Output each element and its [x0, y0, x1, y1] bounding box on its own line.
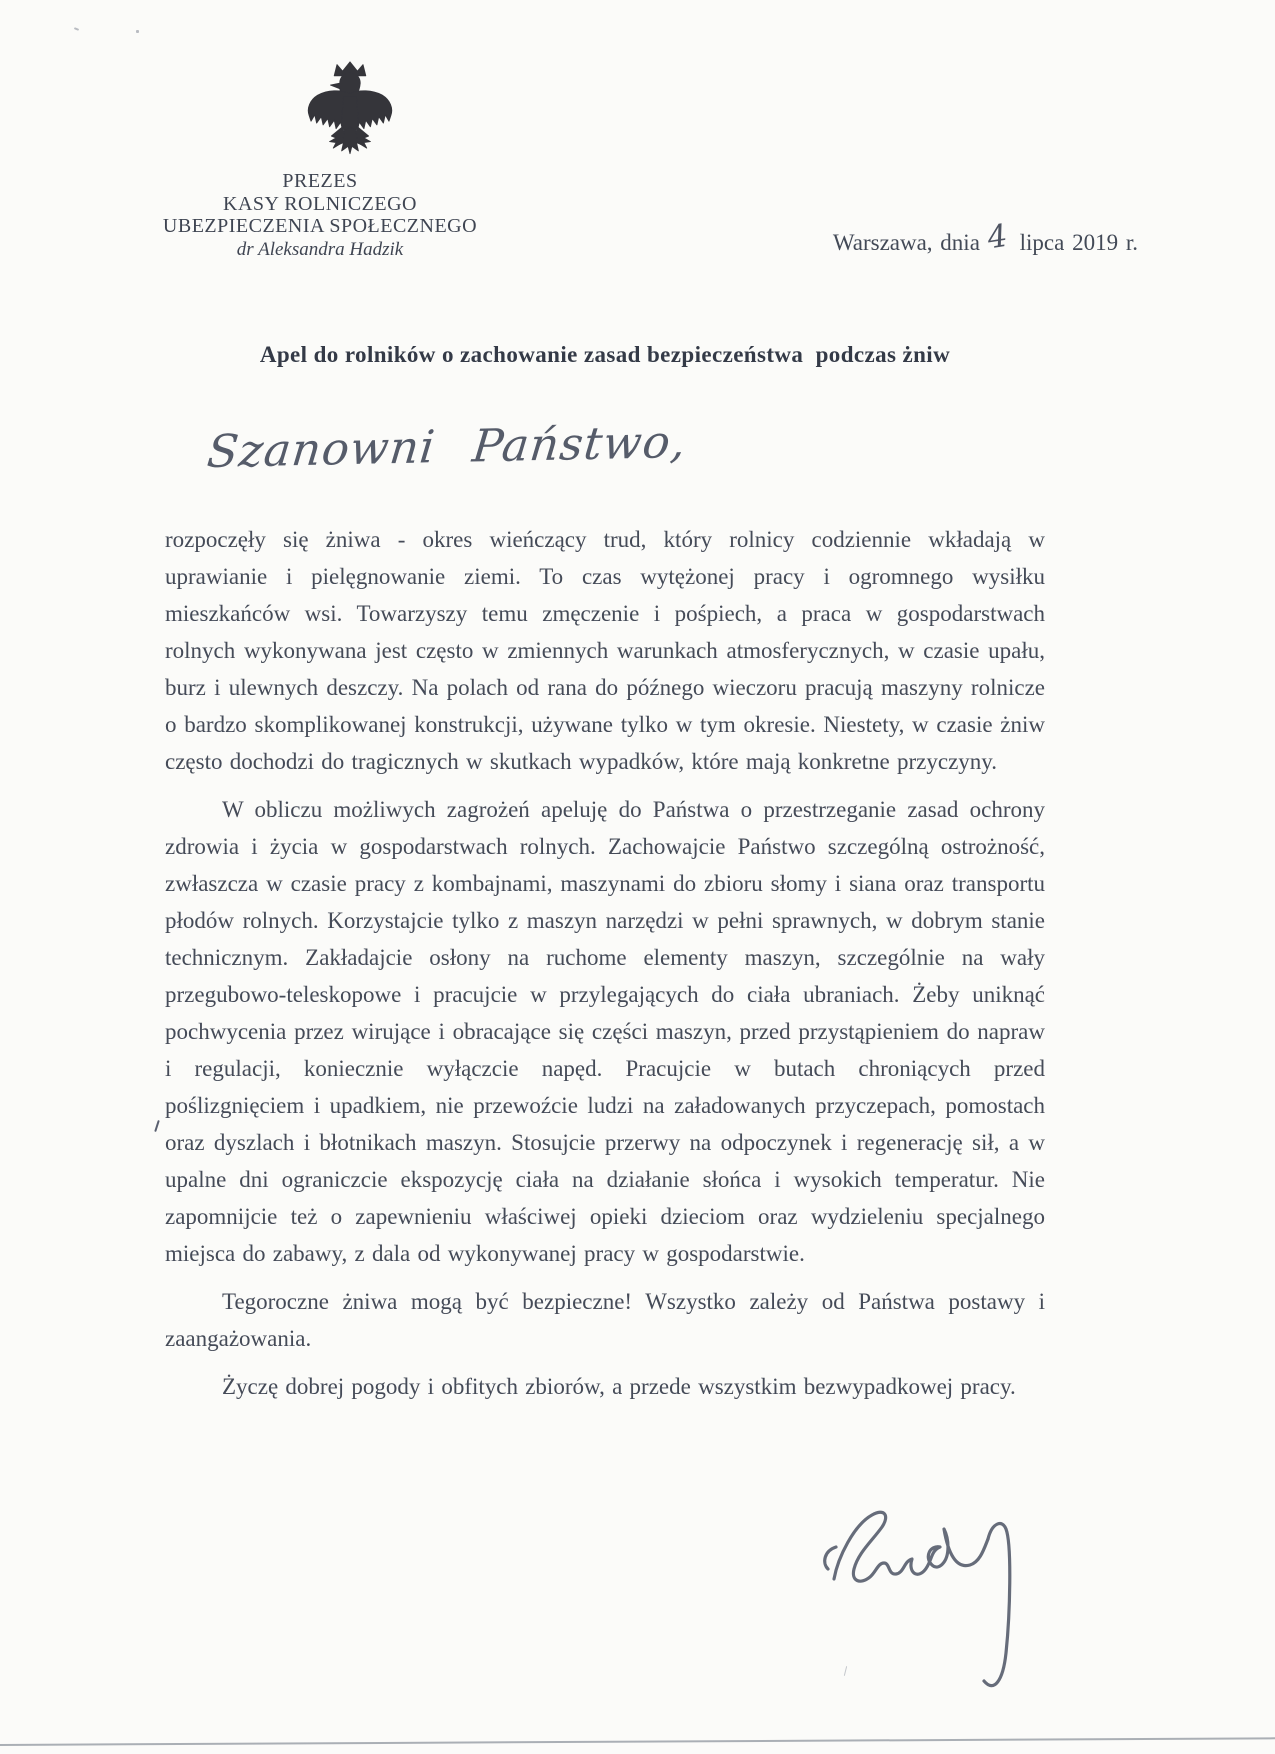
letterhead-signatory: dr Aleksandra Hadzik — [120, 239, 520, 261]
paragraph: Tegoroczne żniwa mogą być bezpieczne! Ws… — [165, 1283, 1045, 1357]
stray-pen-mark — [154, 1120, 160, 1132]
letter-title: Apel do rolników o zachowanie zasad bezp… — [165, 342, 1045, 368]
paragraph: W obliczu możliwych zagrożeń apeluję do … — [165, 791, 1045, 1272]
scan-artifact — [136, 30, 139, 33]
letter-body: rozpoczęły się żniwa - okres wieńczący t… — [165, 521, 1045, 1416]
dateline-prefix: Warszawa, dnia — [833, 230, 980, 255]
letterhead-line: KASY ROLNICZEGO — [120, 193, 520, 216]
letterhead-line: PREZES — [120, 170, 520, 193]
dateline-suffix: lipca 2019 r. — [1020, 230, 1138, 255]
polish-eagle-emblem-icon — [302, 60, 398, 162]
signature-scribble-icon — [820, 1495, 1020, 1707]
paragraph: Życzę dobrej pogody i obfitych zbiorów, … — [165, 1368, 1045, 1405]
dateline: Warszawa, dnia4lipca 2019 r. — [740, 222, 1138, 258]
scanned-letter-page: PREZES KASY ROLNICZEGO UBEZPIECZENIA SPO… — [0, 0, 1275, 1754]
letterhead: PREZES KASY ROLNICZEGO UBEZPIECZENIA SPO… — [120, 170, 520, 261]
letterhead-line: UBEZPIECZENIA SPOŁECZNEGO — [120, 215, 520, 238]
handwritten-day: 4 — [985, 218, 1010, 257]
paragraph: rozpoczęły się żniwa - okres wieńczący t… — [165, 521, 1045, 780]
scan-edge-line — [0, 1737, 1275, 1746]
scan-artifact — [74, 27, 79, 31]
handwritten-greeting: Szanowni Państwo, — [205, 415, 689, 478]
